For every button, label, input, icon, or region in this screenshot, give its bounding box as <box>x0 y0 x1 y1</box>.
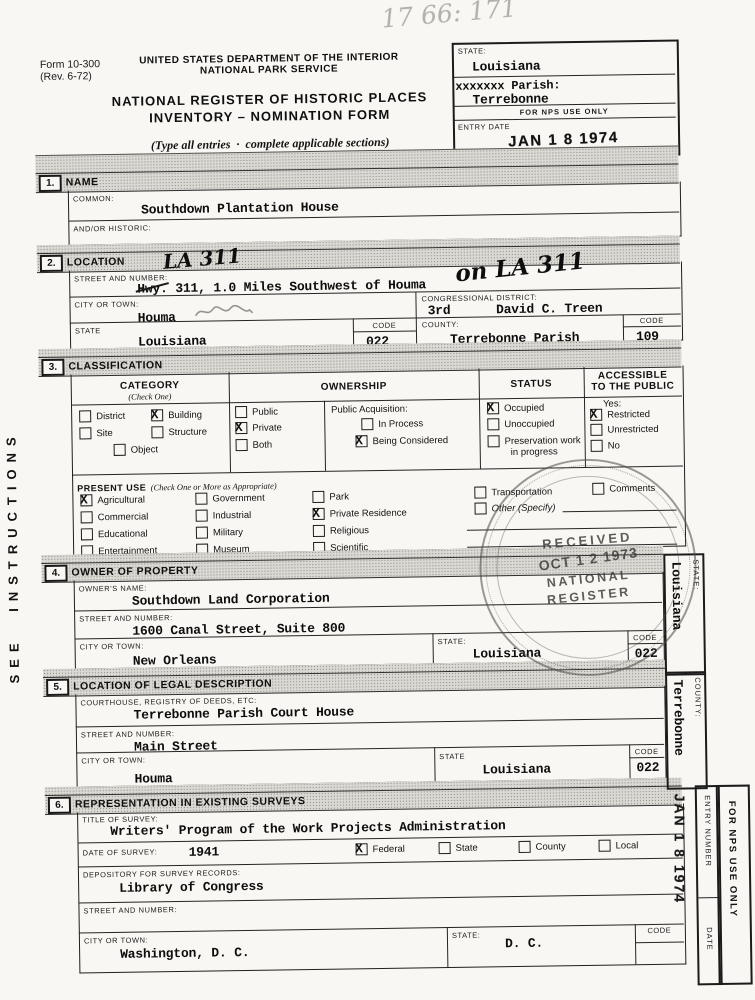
checkbox <box>79 410 91 422</box>
margin-nps-cell: FOR NPS USE ONLY <box>716 785 753 985</box>
see-instructions-vertical-label: SEE INSTRUCTIONS <box>2 361 22 683</box>
checkbox-government: Government <box>195 492 264 505</box>
county-field-label: COUNTY: <box>422 320 459 330</box>
checkbox: X <box>355 435 367 447</box>
section6-title: REPRESENTATION IN EXISTING SURVEYS <box>75 795 306 810</box>
margin-nps-label: FOR NPS USE ONLY <box>726 801 739 918</box>
owner-name-value: Southdown Land Corporation <box>132 591 330 609</box>
section1-number: 1. <box>39 175 62 192</box>
legal-street-label: STREET AND NUMBER: <box>81 729 175 739</box>
checkbox <box>196 510 208 522</box>
checkbox <box>79 427 91 439</box>
owner-city-label: CITY OR TOWN: <box>80 642 144 652</box>
scanned-document-page: 17 66: 171 SEE INSTRUCTIONS Form 10-300 … <box>0 0 755 1000</box>
checkbox <box>487 435 499 447</box>
divider <box>698 897 719 898</box>
parish-value: Terrebonne <box>472 91 548 107</box>
legal-code-label: CODE <box>629 747 664 757</box>
section4-number: 4. <box>44 565 67 582</box>
survey-state-value: D. C. <box>505 936 543 952</box>
section2-title: LOCATION <box>67 256 125 269</box>
checkbox: X <box>487 402 499 414</box>
checkbox-no: No <box>591 439 620 451</box>
checkbox-other-specify: Other (Specify) <box>474 501 555 514</box>
entry-number-label: ENTRY NUMBER <box>703 795 713 867</box>
checkbox-local: Local <box>599 839 639 852</box>
section4-title: OWNER OF PROPERTY <box>71 565 198 579</box>
state-label: STATE: <box>458 46 487 55</box>
legal-city-label: CITY OR TOWN: <box>81 756 145 766</box>
margin-county-label: COUNTY: <box>693 677 703 717</box>
owner-name-label: OWNER'S NAME: <box>79 583 147 593</box>
checkbox <box>439 842 451 854</box>
checkbox-religious: Religious <box>313 524 369 537</box>
legal-state-value: Louisiana <box>482 761 551 777</box>
status-header: STATUS <box>479 378 584 391</box>
city-value: Houma <box>138 310 176 326</box>
form-revision: (Rev. 6-72) <box>40 70 92 83</box>
checkbox-park: Park <box>312 490 349 503</box>
checkbox-educational: Educational <box>81 527 148 540</box>
county-code-label: CODE <box>623 316 681 326</box>
checkbox: X <box>590 409 602 421</box>
checkbox-district: District <box>79 410 125 423</box>
checkbox-comments: Comments <box>592 482 655 495</box>
date-label: DATE <box>705 927 714 951</box>
checkbox-private: XPrivate <box>235 421 282 434</box>
checkbox-preservation-work: Preservation workin progress <box>487 434 580 458</box>
checkbox <box>474 502 486 514</box>
checkbox <box>313 525 325 537</box>
margin-state-cell: STATE: Louisiana <box>663 553 706 676</box>
checkbox <box>592 483 604 495</box>
checkbox <box>81 528 93 540</box>
legal-state-label: STATE <box>439 752 465 761</box>
checkbox <box>81 511 93 523</box>
section6-number: 6. <box>48 797 71 814</box>
checkbox <box>474 486 486 498</box>
checkbox <box>312 491 324 503</box>
accessible-yes-label: Yes: <box>603 397 621 409</box>
checkbox: X <box>151 409 163 421</box>
handwritten-pencil-note: 17 66: 171 <box>380 0 518 34</box>
section5-number: 5. <box>46 679 69 696</box>
state-code-label: CODE <box>353 320 416 330</box>
entry-number-date-stamp: JAN 1 8 1974 <box>672 794 688 904</box>
legal-code-value: 022 <box>636 760 659 775</box>
owner-code-value: 022 <box>635 646 658 661</box>
owner-street-label: STREET AND NUMBER: <box>79 613 173 623</box>
margin-state-value: Louisiana <box>668 562 684 631</box>
checkbox <box>236 439 248 451</box>
checkbox-both: Both <box>236 439 273 452</box>
checkbox-in-process: In Process <box>361 417 423 430</box>
checkbox-private-residence: XPrivate Residence <box>313 507 407 520</box>
checkbox <box>599 840 611 852</box>
survey-date-value: 1941 <box>189 844 220 859</box>
state-value: Louisiana <box>472 59 541 75</box>
checkbox: X <box>80 494 92 506</box>
entry-date-label: ENTRY DATE <box>458 122 510 132</box>
section5-title: LOCATION OF LEGAL DESCRIPTION <box>73 678 272 693</box>
checkbox <box>519 841 531 853</box>
checkbox-transportation: Transportation <box>474 485 552 498</box>
state-field-label: STATE <box>75 326 101 335</box>
owner-state-value: Louisiana <box>473 646 542 662</box>
checkbox-agricultural: XAgricultural <box>80 493 145 506</box>
common-name-label: COMMON: <box>73 194 114 204</box>
checkbox-being-considered: XBeing Considered <box>355 434 448 447</box>
checkbox-restricted: XRestricted <box>590 408 650 421</box>
checkbox-object: Object <box>114 443 159 456</box>
checkbox-unrestricted: Unrestricted <box>590 423 658 436</box>
checkbox: X <box>313 508 325 520</box>
checkbox-unoccupied: Unoccupied <box>487 417 554 430</box>
section1-title: NAME <box>66 176 99 188</box>
survey-state-label: STATE: <box>452 931 481 940</box>
checkbox <box>487 418 499 430</box>
checkbox <box>151 426 163 438</box>
public-acquisition-label: Public Acquisition: <box>331 403 408 416</box>
section2-number: 2. <box>40 255 63 272</box>
checkbox: X <box>235 422 247 434</box>
checkbox <box>114 444 126 456</box>
common-name-value: Southdown Plantation House <box>141 200 339 218</box>
survey-date-label: DATE OF SURVEY: <box>83 847 158 857</box>
checkbox: X <box>356 843 368 855</box>
checkbox-occupied: XOccupied <box>487 402 544 415</box>
survey-city-value: Washington, D. C. <box>120 945 249 962</box>
checkbox-structure: Structure <box>151 426 207 439</box>
survey-street-label: STREET AND NUMBER: <box>83 905 177 915</box>
accessible-header-line2: TO THE PUBLIC <box>584 381 682 393</box>
depository-value: Library of Congress <box>119 879 264 896</box>
checkbox-military: Military <box>196 526 243 539</box>
handwritten-scribble <box>194 304 256 321</box>
checkbox-commercial: Commercial <box>81 510 149 523</box>
margin-state-label: STATE: <box>691 559 700 590</box>
checkbox <box>361 418 373 430</box>
form-title-line2: INVENTORY – NOMINATION FORM <box>95 106 445 126</box>
city-label: CITY OR TOWN: <box>74 300 138 310</box>
checkbox-state: State <box>439 842 478 855</box>
form-sheet: 17 66: 171 SEE INSTRUCTIONS Form 10-300 … <box>0 0 755 1000</box>
checkbox-county: County <box>519 840 566 853</box>
checkbox <box>591 440 603 452</box>
owner-state-label: STATE: <box>437 637 466 646</box>
owner-code-label: CODE <box>627 633 662 643</box>
margin-county-value: Terrebonne <box>670 679 686 755</box>
checkbox-federal: XFederal <box>356 843 405 856</box>
checkbox <box>195 493 207 505</box>
checkbox <box>235 406 247 418</box>
section3-title: CLASSIFICATION <box>68 359 162 372</box>
section3-number: 3. <box>41 359 64 376</box>
checkbox-building: XBuilding <box>151 409 202 422</box>
margin-county-cell: COUNTY: Terrebonne <box>665 671 708 790</box>
checkbox <box>196 527 208 539</box>
survey-code-label: CODE <box>635 926 684 936</box>
historic-name-label: AND/OR HISTORIC: <box>73 223 151 233</box>
checkbox-site: Site <box>79 427 113 439</box>
checkbox-industrial: Industrial <box>196 509 252 522</box>
checkbox <box>590 424 602 436</box>
form-number: Form 10-300 <box>40 58 100 71</box>
survey-city-label: CITY OR TOWN: <box>84 935 148 945</box>
checkbox-public: Public <box>235 406 278 419</box>
